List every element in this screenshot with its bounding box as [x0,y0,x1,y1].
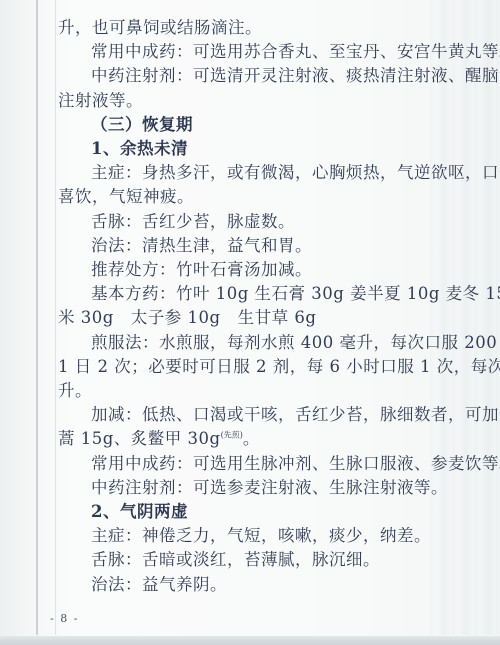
text-line: （三）恢复期 [58,113,462,137]
text-line: 主症：神倦乏力，气短，咳嗽，痰少，纳差。 [58,524,462,548]
text-line: 加减：低热、口渴或干咳，舌红少苔，脉细数者，可加青 [58,403,462,427]
text-line: 蒿 15g、炙鳖甲 30g(先煎)。 [58,427,462,451]
text-line: 中药注射剂：可选参麦注射液、生脉注射液等。 [58,476,462,500]
scan-bottom-band [0,636,500,645]
text-line: 推荐处方：竹叶石膏汤加减。 [58,258,462,282]
scan-edge-line [36,0,38,635]
text-line: 喜饮，气短神疲。 [58,185,462,209]
text-line: 基本方药：竹叶 10g 生石膏 30g 姜半夏 10g 麦冬 15g 粳 [58,282,462,306]
text-line: 米 30g 太子参 10g 生甘草 6g [58,306,462,330]
text-line: 治法：清热生津，益气和胃。 [58,234,462,258]
document-body: 升，也可鼻饲或结肠滴注。常用中成药：可选用苏合香丸、至宝丹、安宫牛黄丸等。中药注… [58,16,462,597]
text-line: 常用中成药：可选用苏合香丸、至宝丹、安宫牛黄丸等。 [58,40,462,64]
text-line: 2、气阴两虚 [58,500,462,524]
text-line: 升。 [58,379,462,403]
scan-edge-line [55,0,56,635]
text-line: 中药注射剂：可选清开灵注射液、痰热清注射液、醒脑静 [58,64,462,88]
text-line: 主症：身热多汗，或有微渴，心胸烦热，气逆欲呕，口干 [58,161,462,185]
text-line: 舌脉：舌暗或淡红，苔薄腻，脉沉细。 [58,548,462,572]
text-line: 舌脉：舌红少苔，脉虚数。 [58,210,462,234]
text-line: 煎服法：水煎服，每剂水煎 400 毫升，每次口服 200 毫升， [58,331,462,355]
text-line: 注射液等。 [58,89,462,113]
text-line: 1、余热未清 [58,137,462,161]
page-number: - 8 - [50,612,79,625]
scanned-page: 升，也可鼻饲或结肠滴注。常用中成药：可选用苏合香丸、至宝丹、安宫牛黄丸等。中药注… [0,0,500,645]
text-line: 升，也可鼻饲或结肠滴注。 [58,16,462,40]
text-line: 治法：益气养阴。 [58,573,462,597]
text-line: 1 日 2 次；必要时可日服 2 剂，每 6 小时口服 1 次，每次 200 毫 [58,355,462,379]
decoction-note-superscript: (先煎) [221,431,243,440]
text-line: 常用中成药：可选用生脉冲剂、生脉口服液、参麦饮等。 [58,452,462,476]
